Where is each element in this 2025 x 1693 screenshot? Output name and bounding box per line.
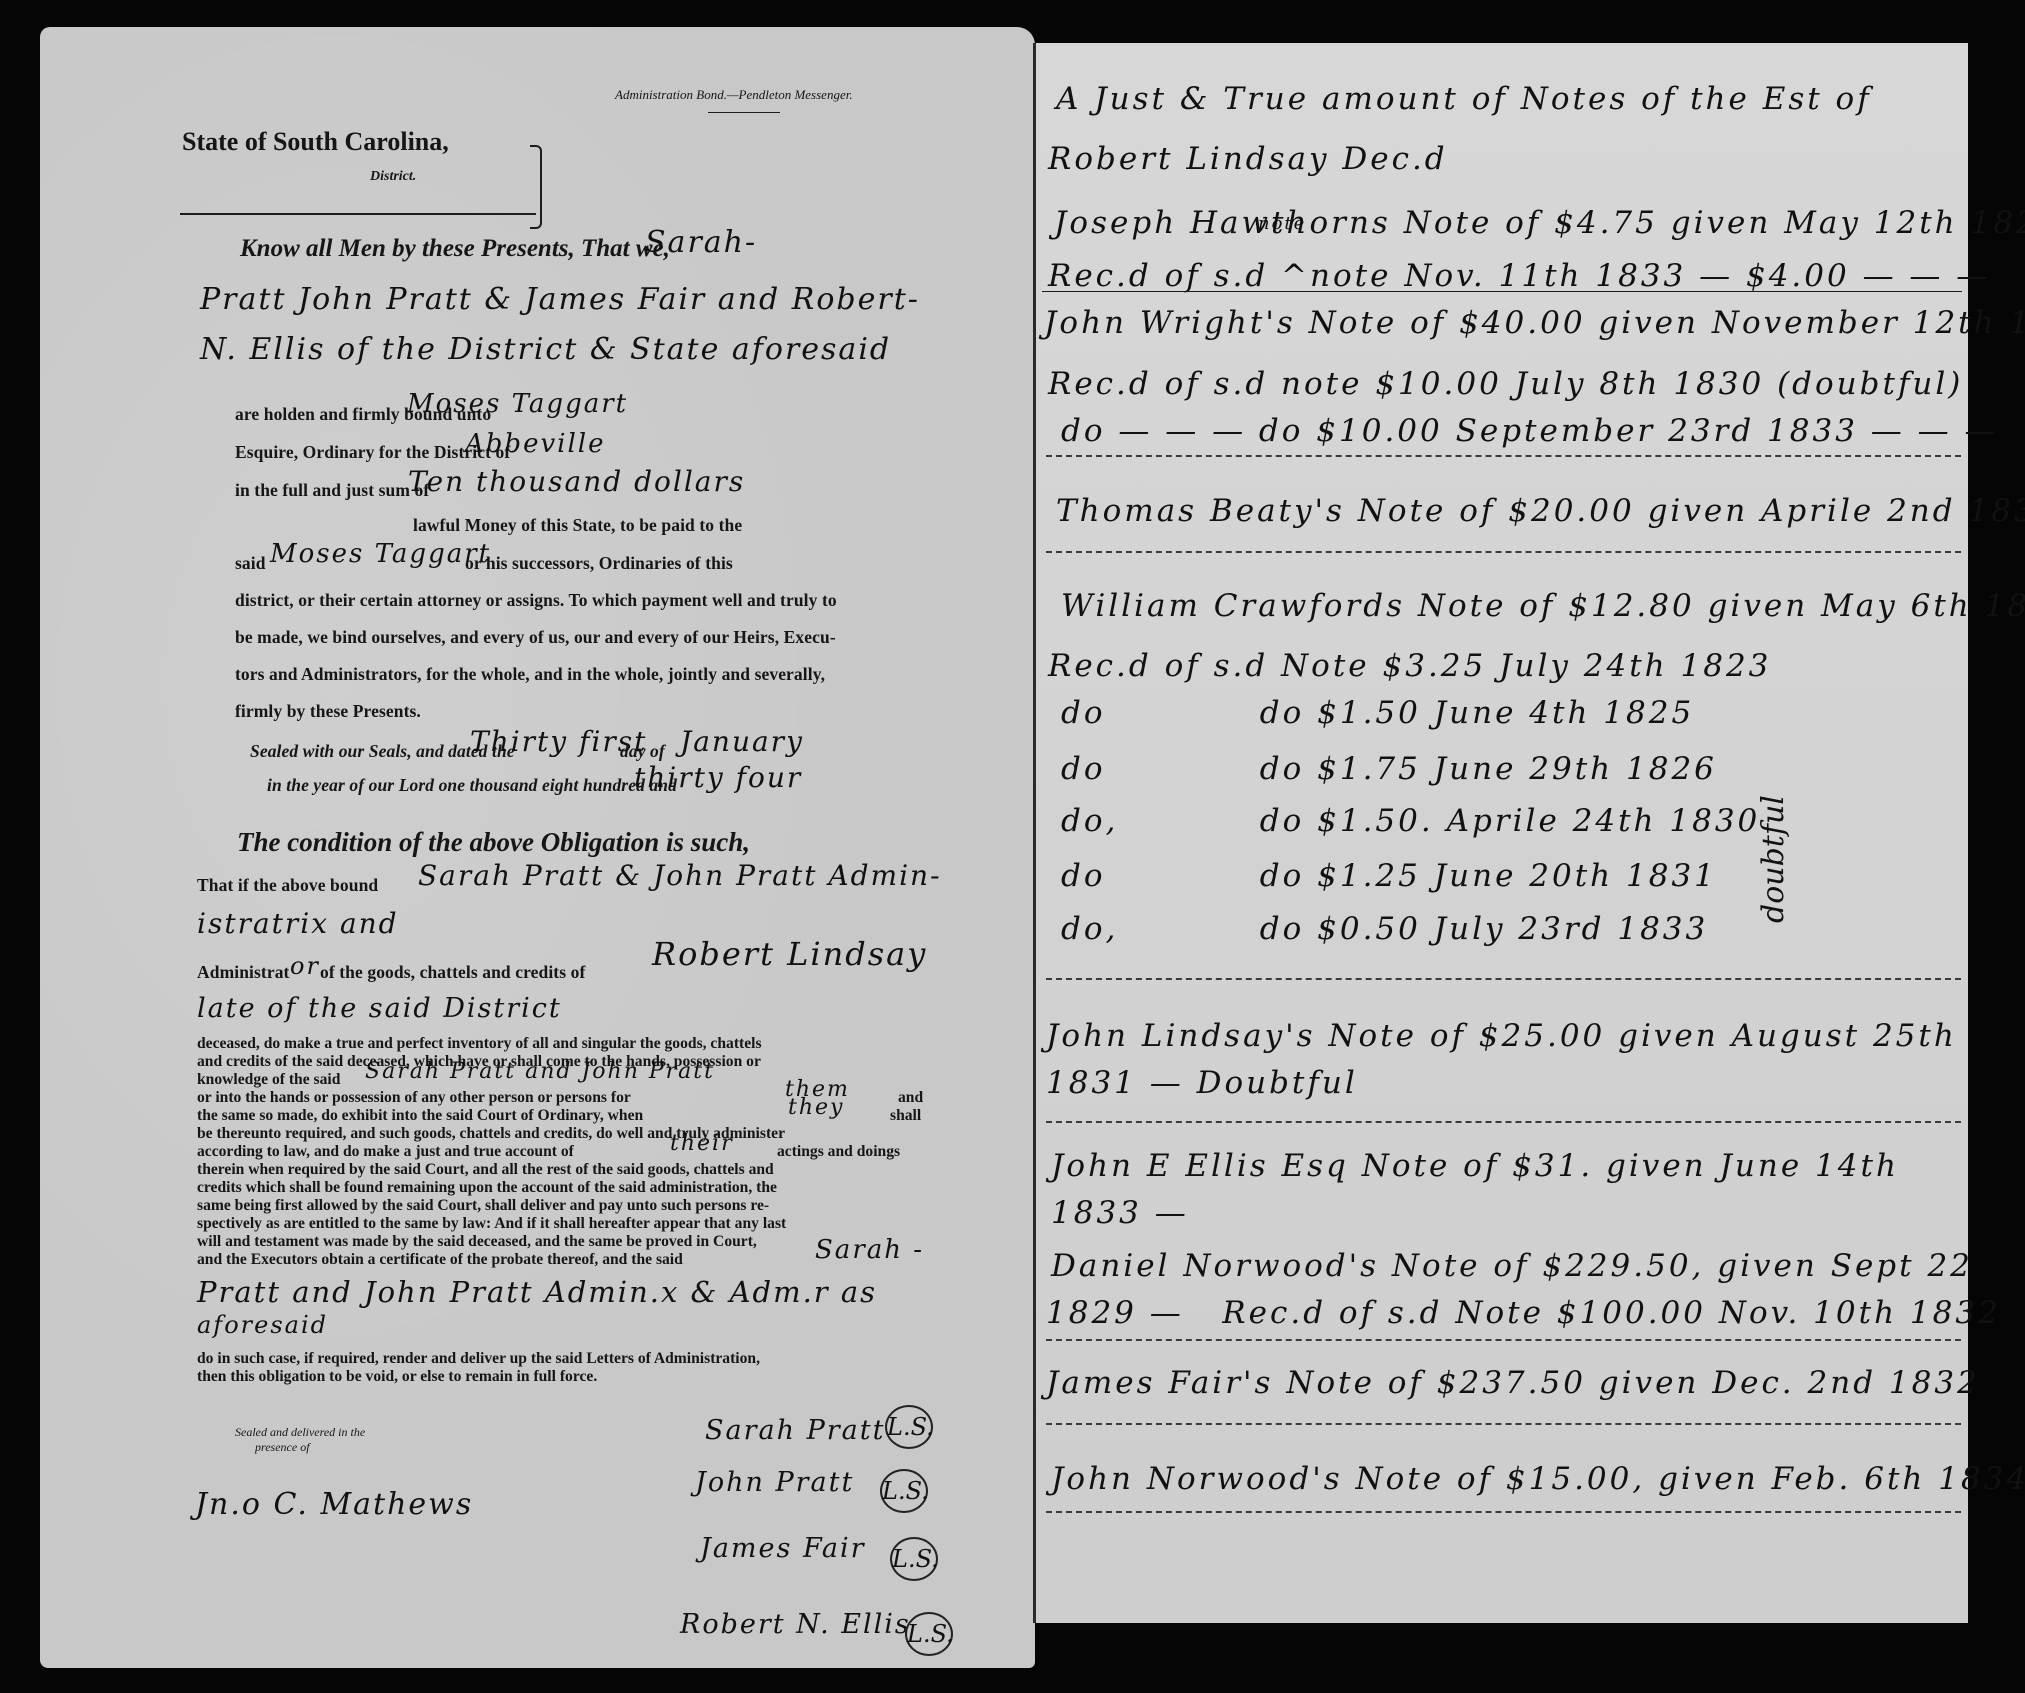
body-line: district, or their certain attorney or a… [235, 590, 837, 611]
fine-print-line: the same so made, do exhibit into the sa… [197, 1107, 643, 1125]
fine-print-line: according to law, and do make a just and… [197, 1143, 574, 1161]
fine-print-line: and the Executors obtain a certificate o… [197, 1251, 683, 1269]
opening-hand-1: Sarah- [645, 225, 757, 260]
fine-print-line: credits which shall be found remaining u… [197, 1179, 777, 1197]
fine-print-hand-line-2: aforesaid [197, 1311, 328, 1339]
fine-print-hand-said: Sarah - [815, 1235, 924, 1265]
body-line: firmly by these Presents. [235, 701, 421, 722]
seal-mark: L.S. [890, 1537, 938, 1581]
note-entry: John Lindsay's Note of $25.00 given Augu… [1046, 1018, 1957, 1054]
entry-divider [1046, 1423, 1961, 1425]
fine-print-line: will and testament was made by the said … [197, 1233, 757, 1251]
opening-hand-3: N. Ellis of the District & State aforesa… [200, 332, 891, 367]
note-entry: John E Ellis Esq Note of $31. given June… [1051, 1148, 1899, 1184]
inventory-title-2: Robert Lindsay Dec.d [1048, 141, 1448, 177]
condition-hand-4: Robert Lindsay [652, 935, 927, 973]
note-entry: Rec.d of s.d note $10.00 July 8th 1830 (… [1048, 366, 1963, 402]
condition-hand-5: late of the said District [197, 993, 562, 1024]
fine-print-hand-their: their [670, 1131, 734, 1156]
entry-divider [1046, 1511, 1961, 1513]
fine-print-line: deceased, do make a true and perfect inv… [197, 1035, 762, 1053]
district-brace [530, 145, 542, 229]
opening-hand-2: Pratt John Pratt & James Fair and Robert… [200, 282, 920, 317]
administration-bond-page: Administration Bond.—Pendleton Messenger… [40, 27, 1035, 1668]
seal-mark: L.S. [885, 1405, 933, 1449]
sealed-line-hand-2: January [680, 725, 804, 758]
note-entry: Rec.d of s.d Note $3.25 July 24th 1823 [1048, 648, 1771, 684]
sum-line-printed: in the full and just sum of [235, 480, 429, 501]
signature-robert-ellis: Robert N. Ellis [680, 1609, 911, 1640]
notes-inventory-page: A Just & True amount of Notes of the Est… [1033, 43, 1968, 1623]
note-entry: Joseph Hawthorns Note of $4.75 given May… [1054, 205, 2025, 241]
closing-line: then this obligation to be void, or else… [197, 1368, 597, 1386]
note-entry: James Fair's Note of $237.50 given Dec. … [1046, 1365, 1980, 1401]
title-underline [180, 213, 536, 215]
state-title: State of South Carolina, [182, 127, 449, 157]
seal-mark: L.S. [905, 1612, 953, 1656]
fine-print-line: same being first allowed by the said Cou… [197, 1197, 769, 1215]
said-line-hand: Moses Taggart [270, 539, 491, 569]
signature-john-pratt: John Pratt [695, 1467, 854, 1498]
signature-james-fair: James Fair [700, 1533, 865, 1564]
condition-printed-2: Administrat [197, 962, 290, 983]
fine-print-hand-line-1: Pratt and John Pratt Admin.x & Adm.r as [197, 1275, 877, 1309]
condition-printed-1: That if the above bound [197, 875, 378, 896]
fine-print-and: and [898, 1089, 923, 1107]
note-entry: William Crawfords Note of $12.80 given M… [1061, 588, 2025, 624]
note-entry: do do $1.50 June 4th 1825 [1061, 695, 1694, 731]
year-line-hand: thirty four [634, 761, 802, 794]
note-entry: do do $1.75 June 29th 1826 [1061, 751, 1717, 787]
fine-print-hand-they: they [788, 1095, 844, 1120]
entry-divider [1046, 1121, 1961, 1123]
note-entry-insert: note [1258, 213, 1306, 234]
entry-divider [1046, 455, 1961, 457]
signature-sarah-pratt: Sarah Pratt [705, 1415, 885, 1446]
inventory-title-1: A Just & True amount of Notes of the Est… [1056, 81, 1872, 117]
entry-divider [1042, 291, 1962, 292]
fine-print-line: or into the hands or possession of any o… [197, 1089, 631, 1107]
sum-line-hand: Ten thousand dollars [408, 465, 745, 498]
seal-mark: L.S. [880, 1469, 928, 1513]
year-line-printed: in the year of our Lord one thousand eig… [267, 775, 677, 796]
condition-hand-3: or [290, 952, 320, 980]
closing-line: do in such case, if required, render and… [197, 1350, 760, 1368]
note-entry: do, do $0.50 July 23rd 1833 [1061, 911, 1708, 947]
witness-label-1: Sealed and delivered in the [235, 1425, 365, 1440]
body-line: tors and Administrators, for the whole, … [235, 664, 825, 685]
fine-print-line: therein when required by the said Court,… [197, 1161, 774, 1179]
condition-hand-1: Sarah Pratt & John Pratt Admin- [418, 859, 942, 892]
fine-print-shall: shall [890, 1107, 921, 1125]
esquire-line-hand: Abbeville [465, 429, 605, 459]
fine-print-line: knowledge of the said [197, 1071, 340, 1089]
note-entry: do — — — do $10.00 September 23rd 1833 —… [1061, 413, 1999, 449]
note-entry: do do $1.25 June 20th 1831 [1061, 858, 1717, 894]
note-entry: Rec.d of s.d ^note Nov. 11th 1833 — $4.0… [1048, 258, 1990, 294]
header-note-underline [708, 112, 780, 113]
district-label: District. [370, 169, 416, 185]
said-line-printed-2: or his successors, Ordinaries of this [465, 553, 733, 574]
fine-print-hand-knowledge: Sarah Pratt and John Pratt [365, 1059, 715, 1084]
form-source-note: Administration Bond.—Pendleton Messenger… [615, 87, 853, 103]
entry-divider [1046, 978, 1961, 980]
money-line: lawful Money of this State, to be paid t… [413, 515, 742, 536]
note-entry: 1833 — [1051, 1195, 1189, 1231]
condition-heading: The condition of the above Obligation is… [237, 827, 750, 858]
note-entry: John Wright's Note of $40.00 given Novem… [1044, 305, 2025, 341]
note-entry: John Norwood's Note of $15.00, given Feb… [1051, 1461, 2025, 1497]
opening-printed: Know all Men by these Presents, That we, [240, 235, 670, 263]
note-entry: Thomas Beaty's Note of $20.00 given Apri… [1056, 493, 2025, 529]
fine-print-actings: actings and doings [777, 1143, 900, 1161]
entry-divider [1046, 551, 1961, 553]
note-entry: 1829 — Rec.d of s.d Note $100.00 Nov. 10… [1046, 1295, 2001, 1331]
note-entry: Daniel Norwood's Note of $229.50, given … [1051, 1248, 1973, 1284]
fine-print-line: spectively as are entitled to the same b… [197, 1215, 786, 1233]
entry-divider [1046, 1339, 1961, 1341]
said-line-printed-1: said [235, 553, 266, 574]
condition-printed-3: of the goods, chattels and credits of [320, 962, 585, 983]
sealed-line-printed-2: day of [620, 741, 665, 762]
witness-label-2: presence of [255, 1440, 310, 1455]
bound-line-hand: Moses Taggart [407, 389, 628, 419]
condition-hand-2: istratrix and [197, 907, 399, 940]
doubtful-margin-note: doubtful [1756, 795, 1791, 923]
witness-signature: Jn.o C. Mathews [195, 1487, 473, 1522]
note-entry: 1831 — Doubtful [1046, 1065, 1358, 1101]
body-line: be made, we bind ourselves, and every of… [235, 627, 836, 648]
note-entry: do, do $1.50. Aprile 24th 1830 [1061, 803, 1760, 839]
